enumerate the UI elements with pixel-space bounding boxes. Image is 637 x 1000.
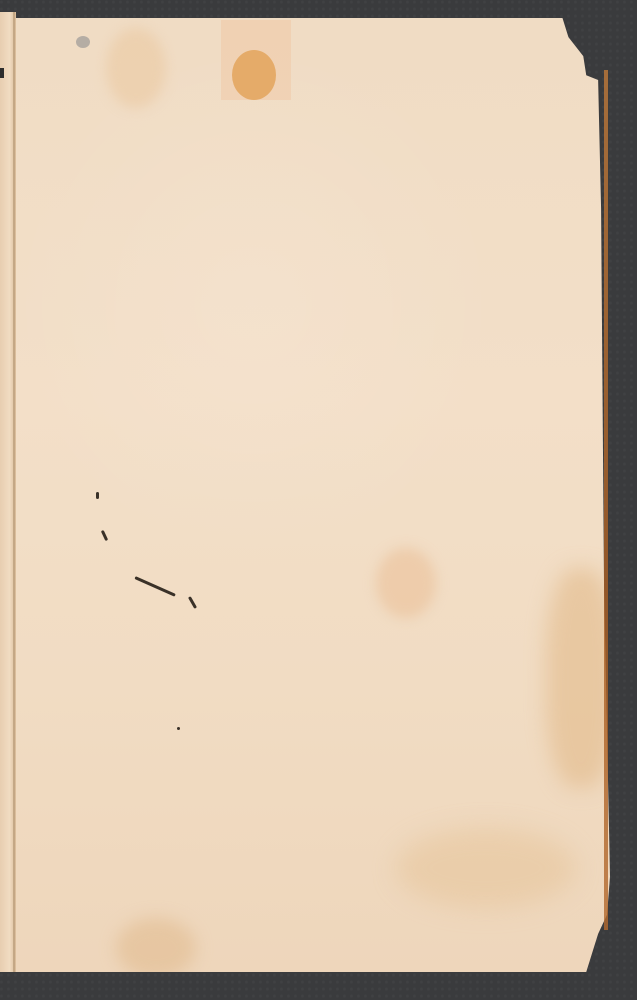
water-stain — [396, 828, 576, 908]
spine-crease — [13, 12, 15, 972]
page-edge-foxing — [604, 70, 608, 930]
stain-spot — [116, 918, 196, 972]
page-blemish — [76, 36, 90, 48]
stain-spot — [376, 548, 436, 618]
binding-mark — [0, 68, 4, 78]
ink-mark — [134, 576, 175, 597]
ink-mark — [101, 530, 108, 541]
ink-dot — [177, 727, 180, 730]
water-stain — [546, 568, 610, 788]
ink-mark — [96, 492, 99, 499]
stain-spot — [106, 28, 166, 108]
stain-spot — [232, 50, 276, 100]
blank-page — [16, 18, 610, 972]
ink-mark — [188, 596, 197, 609]
